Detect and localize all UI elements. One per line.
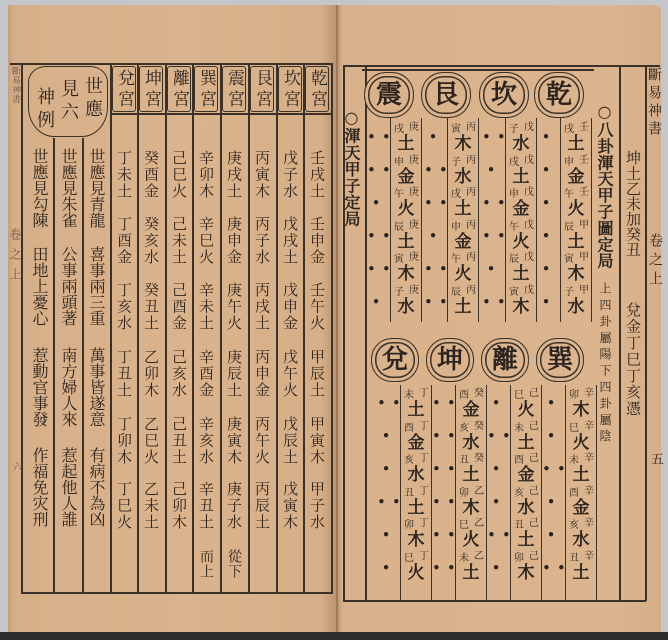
five-element: 土 (565, 564, 597, 582)
heavenly-stem: 己 (529, 518, 539, 529)
five-element: 水 (560, 298, 592, 316)
earthly-branch: 寅 (509, 287, 519, 298)
five-element: 土 (390, 135, 422, 153)
five-element: 水 (447, 168, 479, 186)
najia-line: 辛酉金 (565, 486, 597, 518)
najia-line: 甲辰土 (560, 220, 592, 252)
najia-line: 丙申金 (447, 220, 479, 252)
najia-line: 己酉金 (510, 453, 542, 485)
earthly-branch: 辰 (564, 222, 574, 233)
najia-line: 戊申金 (505, 187, 537, 219)
earthly-branch: 卯 (459, 488, 469, 499)
heavenly-stem: 丙 (466, 252, 476, 263)
najia-line: 丙子水 (447, 155, 479, 187)
trigram-cell-kun: 坤 •• •• •• •• •• •• 癸酉金 癸亥水 癸丑土 乙卯木 乙巳火 … (425, 336, 489, 606)
heavenly-stem: 庚 (409, 187, 419, 198)
heavenly-stem: 辛 (584, 486, 594, 497)
heavenly-stem: 乙 (474, 551, 484, 562)
najia-line: 己巳火 (510, 388, 542, 420)
earthly-branch: 辰 (394, 222, 404, 233)
najia-line: 乙未土 (455, 551, 487, 583)
five-element: 金 (455, 401, 487, 419)
najia-line: 癸酉金 (455, 388, 487, 420)
fold-margin-page-number: 五 (647, 452, 663, 465)
yao-dots: •• (361, 260, 391, 278)
heavenly-stem: 戊 (524, 122, 534, 133)
heavenly-stem: 庚 (409, 220, 419, 231)
five-element: 水 (455, 434, 487, 452)
note-kun: 坤土乙未加癸丑 (622, 150, 644, 257)
five-element: 土 (505, 265, 537, 283)
najia-line: 壬申金 (560, 155, 592, 187)
column-rule (619, 65, 621, 601)
earthly-branch: 亥 (514, 488, 524, 499)
heavenly-stem: 丙 (466, 220, 476, 231)
heavenly-stem: 己 (529, 551, 539, 562)
najia-line: 乙卯木 (455, 486, 487, 518)
five-element: 土 (505, 168, 537, 186)
najia-line: 辛未土 (565, 453, 597, 485)
heavenly-stem: 己 (529, 421, 539, 432)
heavenly-stem: 戊 (524, 285, 534, 296)
najia-line: 戊戌土 (505, 155, 537, 187)
earthly-branch: 申 (394, 157, 404, 168)
five-element: 火 (390, 200, 422, 218)
trigram-cartouche: 坎 (479, 72, 529, 118)
heavenly-stem: 辛 (584, 388, 594, 399)
heavenly-stem: 壬 (579, 122, 589, 133)
heavenly-stem: 庚 (409, 155, 419, 166)
five-element: 土 (455, 466, 487, 484)
earthly-branch: 申 (564, 157, 574, 168)
yao-dots: •• (361, 128, 391, 146)
najia-line: 甲寅木 (560, 252, 592, 284)
heavenly-stem: 甲 (579, 285, 589, 296)
heavenly-stem: 丙 (466, 122, 476, 133)
five-element: 火 (400, 564, 432, 582)
heavenly-stem: 辛 (584, 421, 594, 432)
earthly-branch: 子 (451, 157, 461, 168)
five-element: 火 (565, 434, 597, 452)
heavenly-stem: 癸 (474, 453, 484, 464)
trigram-cell-qian: 乾 • • • • • • 壬戌土 壬申金 壬午火 甲辰土 甲寅木 甲子水 (530, 70, 594, 340)
five-element: 金 (447, 233, 479, 251)
heavenly-stem: 丁 (419, 421, 429, 432)
earthly-branch: 戌 (509, 157, 519, 168)
trigram-cartouche: 乾 (534, 72, 584, 118)
yao-dots: • (371, 526, 401, 544)
najia-line: 丁未土 (400, 388, 432, 420)
heavenly-stem: 己 (529, 486, 539, 497)
earthly-branch: 丑 (569, 553, 579, 564)
five-element: 木 (510, 564, 542, 582)
earthly-branch: 酉 (404, 423, 414, 434)
five-element: 金 (400, 434, 432, 452)
najia-line: 壬午火 (560, 187, 592, 219)
five-element: 木 (447, 135, 479, 153)
heavenly-stem: 庚 (409, 252, 419, 263)
five-element: 火 (447, 265, 479, 283)
trigram-cell-li: 離 • •• • • •• • 己巳火 己未土 己酉金 己亥水 己丑土 己卯木 (480, 336, 544, 606)
fold-margin-title: 斷易神書 (646, 67, 662, 139)
five-element: 土 (447, 200, 479, 218)
heavenly-stem: 辛 (584, 453, 594, 464)
five-element: 土 (400, 499, 432, 517)
earthly-branch: 丑 (404, 488, 414, 499)
najia-line: 丙戌土 (447, 187, 479, 219)
heavenly-stem: 壬 (579, 155, 589, 166)
najia-line: 己亥水 (510, 486, 542, 518)
heavenly-stem: 丁 (419, 551, 429, 562)
five-element: 土 (560, 233, 592, 251)
five-element: 水 (390, 298, 422, 316)
earthly-branch: 卯 (514, 553, 524, 564)
heavenly-stem: 戊 (524, 155, 534, 166)
heavenly-stem: 辛 (584, 551, 594, 562)
yao-dots: • (361, 293, 391, 311)
earthly-branch: 巳 (404, 553, 414, 564)
earthly-branch: 子 (564, 287, 574, 298)
earthly-branch: 巳 (569, 423, 579, 434)
five-element: 木 (400, 531, 432, 549)
najia-line: 丁亥水 (400, 453, 432, 485)
earthly-branch: 午 (509, 222, 519, 233)
yao-dots: •• (371, 493, 401, 511)
five-element: 水 (565, 531, 597, 549)
najia-line: 戊午火 (505, 220, 537, 252)
najia-line: 庚午火 (390, 187, 422, 219)
heavenly-stem: 丙 (466, 285, 476, 296)
heavenly-stem: 甲 (579, 252, 589, 263)
five-element: 水 (510, 499, 542, 517)
five-element: 土 (565, 466, 597, 484)
earthly-branch: 子 (394, 287, 404, 298)
najia-line: 丙午火 (447, 252, 479, 284)
five-element: 金 (565, 499, 597, 517)
heavenly-stem: 己 (529, 388, 539, 399)
heavenly-stem: 癸 (474, 421, 484, 432)
najia-line: 壬戌土 (560, 122, 592, 154)
five-element: 火 (510, 401, 542, 419)
najia-line: 丁丑土 (400, 486, 432, 518)
earthly-branch: 酉 (569, 488, 579, 499)
five-element: 金 (505, 200, 537, 218)
five-element: 土 (510, 531, 542, 549)
trigram-cell-xun: 巽 • • •• • • •• 辛卯木 辛巳火 辛未土 辛酉金 辛亥水 辛丑土 (535, 336, 599, 606)
diagram-heading: ○八卦渾天甲子圖定局 (593, 102, 615, 269)
yao-dots: •• (371, 394, 401, 412)
heavenly-stem: 丙 (466, 155, 476, 166)
trigram-cell-kan: 坎 •• • •• •• • •• 戊子水 戊戌土 戊申金 戊午火 戊辰土 戊寅… (475, 70, 539, 340)
najia-line: 辛丑土 (565, 551, 597, 583)
heavenly-stem: 甲 (579, 220, 589, 231)
najia-line: 戊寅木 (505, 285, 537, 317)
earthly-branch: 未 (514, 423, 524, 434)
trigram-cell-gen: 艮 • •• •• • •• •• 丙寅木 丙子水 丙戌土 丙申金 丙午火 丙辰… (417, 70, 481, 340)
najia-line: 丁卯木 (400, 518, 432, 550)
yao-dots: •• (361, 161, 391, 179)
earthly-branch: 亥 (459, 423, 469, 434)
five-element: 土 (560, 135, 592, 153)
najia-line: 戊子水 (505, 122, 537, 154)
heavenly-stem: 壬 (579, 187, 589, 198)
five-element: 火 (560, 200, 592, 218)
yao-dots: • (371, 559, 401, 577)
najia-line: 己丑土 (510, 518, 542, 550)
heavenly-stem: 庚 (409, 122, 419, 133)
right-page-content: ○渾天甲子定局 ○八卦渾天甲子圖定局 上四卦屬陽下四卦屬陰 坤土乙未加癸丑 兌金… (0, 0, 668, 640)
five-element: 土 (390, 233, 422, 251)
five-element: 金 (510, 466, 542, 484)
five-element: 金 (560, 168, 592, 186)
heavenly-stem: 丁 (419, 453, 429, 464)
najia-line: 辛卯木 (565, 388, 597, 420)
yao-dots: • (371, 460, 401, 478)
five-element: 木 (565, 401, 597, 419)
five-element: 木 (505, 298, 537, 316)
note-dui: 兌金丁巳丁亥憑 (622, 302, 644, 417)
yao-dots: • (371, 427, 401, 445)
five-element: 土 (455, 564, 487, 582)
heavenly-stem: 丙 (466, 187, 476, 198)
heavenly-stem: 丁 (419, 518, 429, 529)
heavenly-stem: 辛 (584, 518, 594, 529)
najia-line: 己未土 (510, 421, 542, 453)
heavenly-stem: 乙 (474, 518, 484, 529)
heavenly-stem: 戊 (524, 187, 534, 198)
najia-line: 己卯木 (510, 551, 542, 583)
five-element: 土 (447, 298, 479, 316)
heavenly-stem: 丁 (419, 486, 429, 497)
najia-line: 癸亥水 (455, 421, 487, 453)
najia-line: 辛巳火 (565, 421, 597, 453)
najia-line: 丙辰土 (447, 285, 479, 317)
heavenly-stem: 丁 (419, 388, 429, 399)
fold-margin-rule (645, 65, 647, 601)
heavenly-stem: 癸 (474, 388, 484, 399)
trigram-cell-zhen: 震 •• •• • •• •• • 庚戌土 庚申金 庚午火 庚辰土 庚寅木 庚子… (360, 70, 424, 340)
najia-line: 庚寅木 (390, 252, 422, 284)
trigram-cartouche: 兌 (371, 338, 419, 382)
earthly-branch: 申 (451, 222, 461, 233)
heavenly-stem: 戊 (524, 220, 534, 231)
najia-line: 庚辰土 (390, 220, 422, 252)
trigram-cartouche: 震 (364, 72, 414, 118)
five-element: 水 (505, 135, 537, 153)
najia-line: 庚子水 (390, 285, 422, 317)
trigram-cell-dui: 兌 •• • • •• • • 丁未土 丁酉金 丁亥水 丁丑土 丁卯木 丁巳火 (370, 336, 434, 606)
yao-dots: •• (361, 227, 391, 245)
najia-line: 丁酉金 (400, 421, 432, 453)
five-element: 火 (455, 531, 487, 549)
five-element: 木 (560, 265, 592, 283)
yao-dots: • (361, 194, 391, 212)
najia-line: 乙巳火 (455, 518, 487, 550)
five-element: 木 (455, 499, 487, 517)
najia-line: 丙寅木 (447, 122, 479, 154)
heavenly-stem: 己 (529, 453, 539, 464)
najia-line: 戊辰土 (505, 252, 537, 284)
najia-line: 辛亥水 (565, 518, 597, 550)
najia-line: 甲子水 (560, 285, 592, 317)
frame-top-rule (343, 65, 660, 67)
najia-line: 丁巳火 (400, 551, 432, 583)
heavenly-stem: 戊 (524, 252, 534, 263)
najia-line: 庚申金 (390, 155, 422, 187)
najia-line: 癸丑土 (455, 453, 487, 485)
five-element: 土 (510, 434, 542, 452)
side-title: ○渾天甲子定局 (341, 108, 361, 227)
trigram-cartouche: 艮 (421, 72, 471, 118)
heavenly-stem: 庚 (409, 285, 419, 296)
five-element: 金 (390, 168, 422, 186)
five-element: 土 (400, 401, 432, 419)
five-element: 火 (505, 233, 537, 251)
five-element: 水 (400, 466, 432, 484)
heavenly-stem: 乙 (474, 486, 484, 497)
earthly-branch: 辰 (451, 287, 461, 298)
fold-margin-volume: 卷之上 (647, 233, 663, 290)
najia-line: 庚戌土 (390, 122, 422, 154)
earthly-branch: 未 (459, 553, 469, 564)
five-element: 木 (390, 265, 422, 283)
